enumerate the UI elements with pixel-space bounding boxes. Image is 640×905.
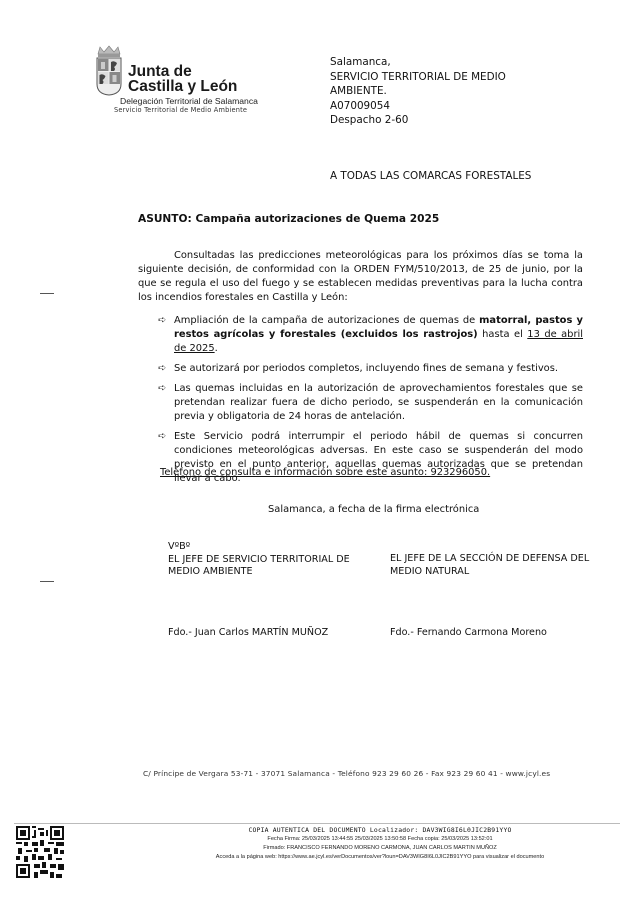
list-item-text: . xyxy=(215,343,218,354)
list-item: ➪ Las quemas incluidas en la autorizació… xyxy=(160,382,583,424)
list-item-text: hasta el xyxy=(478,329,528,340)
place-date: Salamanca, a fecha de la firma electróni… xyxy=(268,504,479,515)
auth-signers: Firmado: FRANCISCO FERNANDO MORENO CARMO… xyxy=(140,844,620,853)
sender-line: Despacho 2-60 xyxy=(330,113,506,128)
intro-paragraph: Consultadas las predicciones meteorológi… xyxy=(138,249,583,305)
institution-name: Junta de Castilla y León xyxy=(128,64,237,94)
qr-code-icon[interactable] xyxy=(16,826,64,878)
institution-name-line1: Junta de xyxy=(128,64,237,79)
auth-verify-url[interactable]: Acceda a la página web: https://www.ae.j… xyxy=(140,853,620,862)
signer-title: MEDIO NATURAL xyxy=(390,566,589,579)
service-name: Servicio Territorial de Medio Ambiente xyxy=(114,106,247,114)
arrow-right-icon: ➪ xyxy=(158,314,166,328)
list-item-text: Las quemas incluidas en la autorización … xyxy=(174,383,583,422)
signature-block-left: VºBº EL JEFE DE SERVICIO TERRITORIAL DE … xyxy=(168,541,350,579)
signer-name-left: Fdo.- Juan Carlos MARTÍN MUÑOZ xyxy=(168,627,328,638)
signature-block-right: EL JEFE DE LA SECCIÓN DE DEFENSA DEL MED… xyxy=(390,553,589,578)
arrow-right-icon: ➪ xyxy=(158,382,166,396)
signer-title: MEDIO AMBIENTE xyxy=(168,566,350,579)
decision-list: ➪ Ampliación de la campaña de autorizaci… xyxy=(160,314,583,492)
delegation-name: Delegación Territorial de Salamanca xyxy=(120,96,258,106)
coat-of-arms-icon xyxy=(94,44,124,96)
arrow-right-icon: ➪ xyxy=(158,362,166,376)
signer-title: EL JEFE DE LA SECCIÓN DE DEFENSA DEL xyxy=(390,553,589,566)
recipient: A TODAS LAS COMARCAS FORESTALES xyxy=(330,170,531,182)
intro-text: Consultadas las predicciones meteorológi… xyxy=(138,250,583,303)
subject-heading: ASUNTO: Campaña autorizaciones de Quema … xyxy=(138,213,439,225)
list-item: ➪ Se autorizará por periodos completos, … xyxy=(160,362,583,376)
margin-fold-mark xyxy=(40,293,54,294)
contact-phone-line: Teléfono de consulta e información sobre… xyxy=(160,467,490,478)
sender-line: A07009054 xyxy=(330,99,506,114)
sender-block: Salamanca, SERVICIO TERRITORIAL DE MEDIO… xyxy=(330,55,506,128)
divider xyxy=(14,823,620,824)
approval-mark: VºBº xyxy=(168,541,350,554)
footer-address: C/ Príncipe de Vergara 53-71 - 37071 Sal… xyxy=(143,769,550,778)
margin-fold-mark xyxy=(40,581,54,582)
signer-name-right: Fdo.- Fernando Carmona Moreno xyxy=(390,627,547,638)
arrow-right-icon: ➪ xyxy=(158,430,166,444)
auth-dates: Fecha Firma: 25/03/2025 13:44:55 25/03/2… xyxy=(140,835,620,844)
institution-logo: Junta de Castilla y León Delegación Terr… xyxy=(94,44,304,124)
sender-line: SERVICIO TERRITORIAL DE MEDIO xyxy=(330,70,506,85)
authentication-block: COPIA AUTENTICA DEL DOCUMENTO Localizado… xyxy=(140,826,620,862)
list-item-text: Se autorizará por periodos completos, in… xyxy=(174,363,558,374)
auth-locator: COPIA AUTENTICA DEL DOCUMENTO Localizado… xyxy=(140,826,620,835)
sender-line: Salamanca, xyxy=(330,55,506,70)
sender-line: AMBIENTE. xyxy=(330,84,506,99)
list-item-text: Ampliación de la campaña de autorizacion… xyxy=(174,315,479,326)
signer-title: EL JEFE DE SERVICIO TERRITORIAL DE xyxy=(168,554,350,567)
institution-name-line2: Castilla y León xyxy=(128,79,237,94)
list-item: ➪ Ampliación de la campaña de autorizaci… xyxy=(160,314,583,356)
